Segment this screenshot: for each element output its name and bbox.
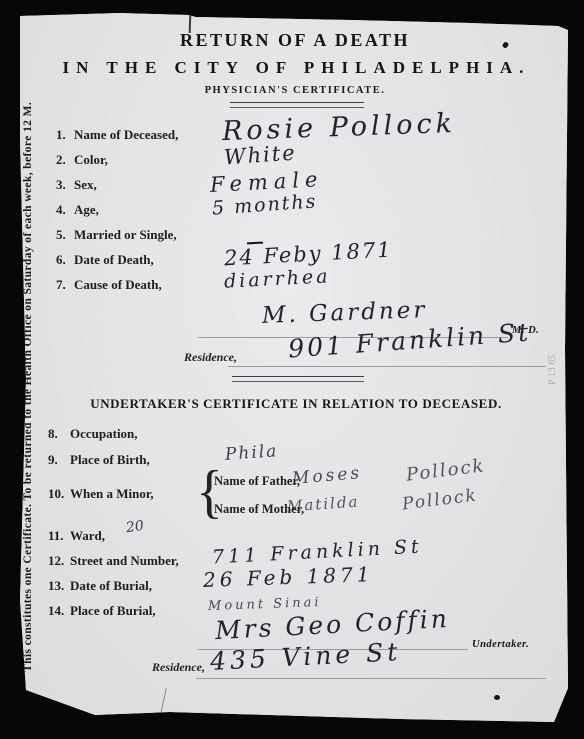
- handwritten-mother-first: Matilda: [287, 494, 360, 514]
- handwritten-name-of-deceased: Rosie Pollock: [222, 110, 457, 145]
- handwritten-father-last: Pollock: [405, 457, 486, 485]
- section-divider-rule: [232, 376, 364, 382]
- certificate-paper: This constitutes one Certificate. To be …: [0, 0, 584, 739]
- scanned-death-certificate: This constitutes one Certificate. To be …: [0, 0, 584, 739]
- field-number: 7.: [56, 277, 74, 293]
- field-married-or-single: 5. Married or Single,: [56, 227, 177, 243]
- physician-section-heading: PHYSICIAN'S CERTIFICATE.: [80, 85, 510, 96]
- field-label: Color,: [74, 152, 108, 168]
- field-number: 5.: [56, 227, 74, 243]
- right-margin-faint-note: P 13 65: [547, 255, 561, 385]
- field-label: Married or Single,: [74, 227, 177, 243]
- left-margin-vertical-note: This constitutes one Certificate. To be …: [22, 88, 40, 672]
- field-number: 4.: [56, 202, 74, 218]
- field-number: 9.: [48, 452, 70, 468]
- field-date-of-death: 6. Date of Death,: [56, 252, 154, 268]
- field-label: Street and Number,: [70, 553, 179, 569]
- field-name-of-deceased: 1. Name of Deceased,: [56, 127, 178, 143]
- field-street-and-number: 12. Street and Number,: [48, 553, 179, 569]
- field-label: Date of Death,: [74, 252, 154, 268]
- field-cause-of-death: 7. Cause of Death,: [56, 277, 162, 293]
- field-label: Occupation,: [70, 426, 138, 442]
- handwritten-date-of-burial: 26 Feb 1871: [203, 564, 374, 590]
- undertaker-residence-value: 435 Vine St: [209, 639, 401, 674]
- handwritten-ward: 20: [125, 519, 145, 535]
- field-number: 3.: [56, 177, 74, 193]
- physician-signature: M. Gardner: [262, 299, 428, 328]
- field-label: Age,: [74, 202, 99, 218]
- handwritten-place-of-birth: Phila: [224, 443, 278, 464]
- field-occupation: 8. Occupation,: [48, 426, 138, 442]
- field-color: 2. Color,: [56, 152, 108, 168]
- field-number: 10.: [48, 486, 70, 502]
- field-date-of-burial: 13. Date of Burial,: [48, 578, 152, 594]
- father-label: Name of Father,: [214, 474, 300, 489]
- field-label: Place of Birth,: [70, 452, 150, 468]
- field-ward: 11. Ward,: [48, 528, 105, 544]
- field-label: Place of Burial,: [70, 603, 156, 619]
- section-divider-rule: [230, 102, 364, 108]
- field-number: 13.: [48, 578, 70, 594]
- residence-line: [228, 366, 546, 367]
- undertaker-residence-label: Residence,: [152, 660, 205, 675]
- field-label: Date of Burial,: [70, 578, 152, 594]
- handwritten-color: White: [223, 142, 297, 168]
- field-number: 12.: [48, 553, 70, 569]
- field-place-of-birth: 9. Place of Birth,: [48, 452, 150, 468]
- handwritten-date-of-death: 24 Feby 1871: [224, 240, 394, 270]
- field-sex: 3. Sex,: [56, 177, 97, 193]
- field-number: 6.: [56, 252, 74, 268]
- residence-line: [196, 678, 546, 679]
- field-place-of-burial: 14. Place of Burial,: [48, 603, 156, 619]
- field-label: Name of Deceased,: [74, 127, 178, 143]
- field-number: 14.: [48, 603, 70, 619]
- field-label: Cause of Death,: [74, 277, 162, 293]
- ink-dot: [494, 695, 500, 700]
- field-label: Ward,: [70, 528, 105, 544]
- field-when-a-minor: 10. When a Minor,: [48, 486, 154, 502]
- page-title: RETURN OF A DEATH: [80, 30, 510, 51]
- handwritten-cause-of-death: diarrhea: [224, 267, 331, 292]
- field-label: When a Minor,: [70, 486, 154, 502]
- undertaker-title: Undertaker.: [472, 639, 529, 650]
- handwritten-father-first: Moses: [291, 465, 362, 488]
- field-age: 4. Age,: [56, 202, 99, 218]
- city-line: IN THE CITY OF PHILADELPHIA.: [24, 58, 569, 78]
- field-number: 11.: [48, 528, 70, 544]
- physician-residence-label: Residence,: [184, 350, 237, 365]
- field-label: Sex,: [74, 177, 97, 193]
- paper-crease-bottom: [160, 688, 166, 714]
- handwritten-age: 5 months: [211, 192, 318, 218]
- field-number: 1.: [56, 127, 74, 143]
- undertaker-section-heading: UNDERTAKER'S CERTIFICATE IN RELATION TO …: [40, 396, 552, 412]
- handwritten-mother-last: Pollock: [401, 487, 478, 513]
- field-number: 8.: [48, 426, 70, 442]
- field-number: 2.: [56, 152, 74, 168]
